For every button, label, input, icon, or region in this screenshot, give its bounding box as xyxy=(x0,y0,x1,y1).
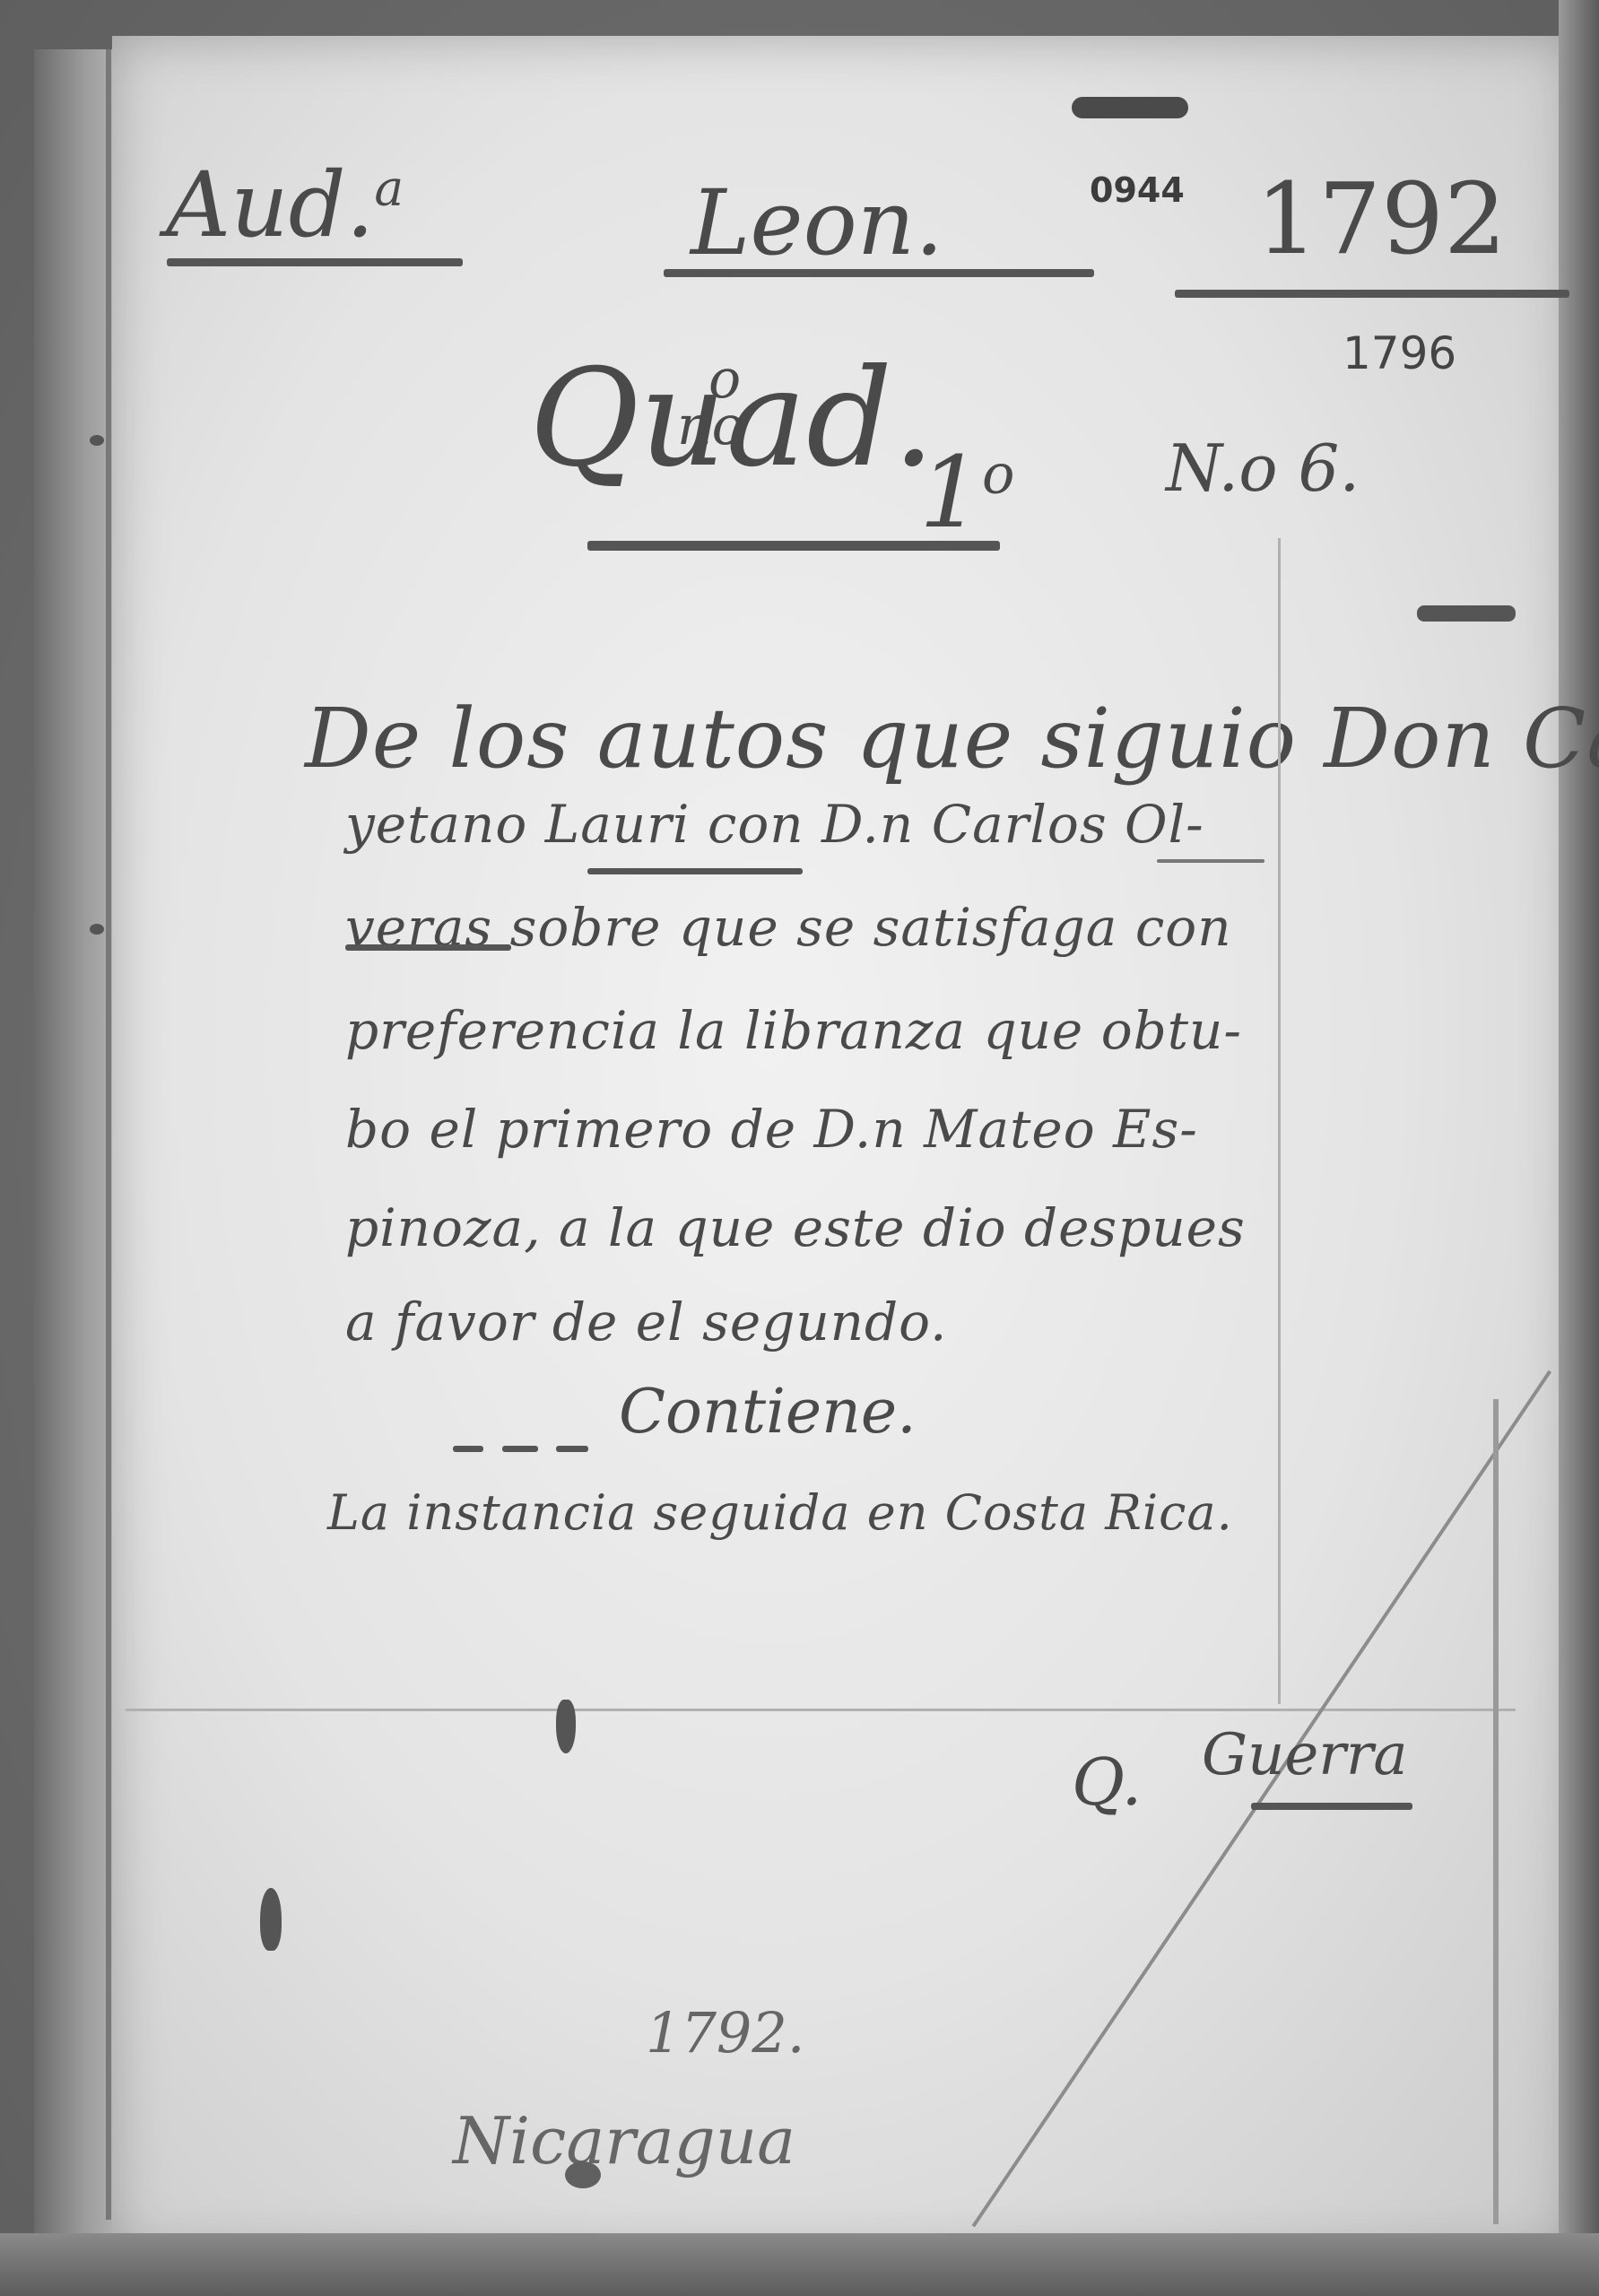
underline-veras xyxy=(345,944,511,951)
title-line-6: pinoza, a la que este dio despues xyxy=(345,1197,1246,1258)
underline-lauri xyxy=(587,868,803,874)
cuaderno-number: 1o xyxy=(919,435,1014,550)
archive-number: 0944 xyxy=(1090,170,1185,210)
contents-dash-3 xyxy=(556,1446,588,1452)
header-underline-1 xyxy=(167,258,463,266)
ink-mark-right-margin xyxy=(1417,605,1516,622)
title-line-2: yetano Lauri con D.n Carlos Ol- xyxy=(345,794,1204,855)
header-year: 1792 xyxy=(1256,161,1507,276)
title-line-7: a favor de el segundo. xyxy=(345,1291,948,1352)
contents-heading: Contiene. xyxy=(619,1377,917,1448)
page-right-shadow xyxy=(1559,0,1599,2296)
contents-text: La instancia seguida en Costa Rica. xyxy=(327,1484,1233,1541)
footer-year: 1792. xyxy=(646,2000,805,2066)
signature-initial: Q. xyxy=(1072,1744,1142,1820)
cuaderno-sup-no: no xyxy=(677,395,744,457)
year-correction: 1796 xyxy=(1343,327,1456,379)
item-number: N.o 6. xyxy=(1166,430,1360,506)
struck-archive-number xyxy=(1072,97,1188,118)
cuaderno-number-superscript: o xyxy=(982,443,1014,506)
underline-oliveras xyxy=(1157,859,1264,863)
ink-blot xyxy=(565,2161,601,2188)
footer-place: Nicaragua xyxy=(453,2103,795,2179)
page-bottom-shadow xyxy=(0,2233,1599,2296)
title-line-4: preferencia la libranza que obtu- xyxy=(345,1000,1242,1061)
signature-underline xyxy=(1251,1803,1412,1810)
audiencia-superscript: a xyxy=(374,160,404,217)
ink-blot xyxy=(556,1700,576,1753)
contents-dash-2 xyxy=(502,1446,538,1452)
header-underline-2 xyxy=(664,269,1094,277)
header-place: Leon. xyxy=(691,170,943,275)
margin-rule xyxy=(106,49,111,2220)
fold-vertical xyxy=(1278,538,1281,1704)
header-audiencia: Aud.a xyxy=(166,152,404,257)
audiencia-text: Aud. xyxy=(166,152,374,257)
ink-blot xyxy=(90,435,104,446)
fold-horizontal xyxy=(126,1709,1516,1711)
contents-dash-1 xyxy=(453,1446,483,1452)
title-line-1: De los autos que siguio Don Ca- xyxy=(305,691,1599,787)
cuaderno-underline xyxy=(587,541,1000,551)
signature-name: Guerra xyxy=(1202,1722,1408,1788)
ink-blot xyxy=(260,1888,282,1951)
tear-right-edge xyxy=(1493,1399,1499,2224)
cuaderno-number-text: 1 xyxy=(919,435,982,550)
title-line-5: bo el primero de D.n Mateo Es- xyxy=(345,1099,1198,1160)
header-underline-3 xyxy=(1175,290,1569,298)
ink-blot xyxy=(90,924,104,935)
